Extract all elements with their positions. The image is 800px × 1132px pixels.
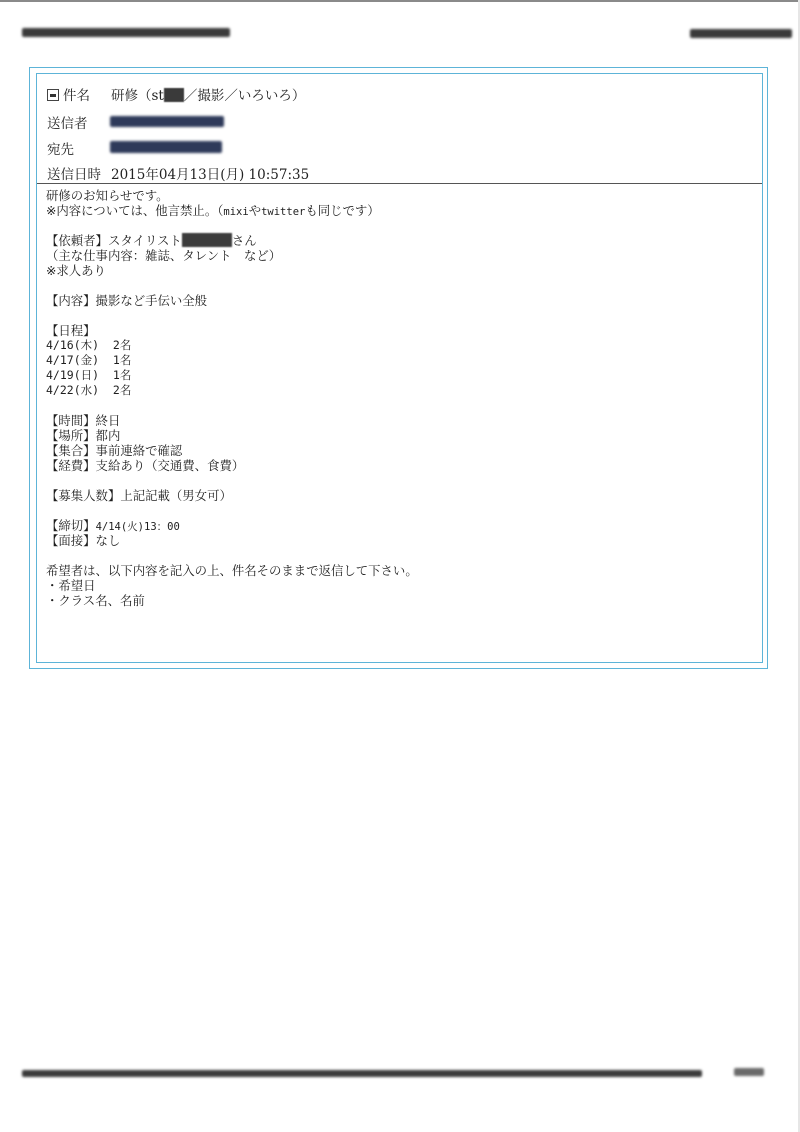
body-main-work: （主な仕事内容：雑誌、タレント など） bbox=[46, 248, 418, 263]
schedule-item: 4/16(木) 2名 bbox=[46, 338, 418, 353]
collapse-minus-icon[interactable] bbox=[47, 89, 59, 101]
sender-label: 送信者 bbox=[47, 112, 111, 132]
body-headcount: 【募集人数】上記記載（男女可） bbox=[46, 488, 418, 503]
body-schedule-title: 【日程】 bbox=[46, 323, 418, 338]
recipient-row: 宛先 bbox=[47, 138, 111, 158]
body-expenses: 【経費】支給あり（交通費、食費） bbox=[46, 458, 418, 473]
redacted-sender bbox=[110, 116, 224, 127]
body-list-item: ・希望日 bbox=[46, 578, 418, 593]
body-requester: 【依頼者】スタイリストさん bbox=[46, 233, 418, 248]
body-intro: 研修のお知らせです。 bbox=[46, 188, 418, 203]
datetime-value: 2015年04月13日(月) 10:57:35 bbox=[111, 167, 309, 183]
subject-value-suffix: ／撮影／いろいろ） bbox=[184, 88, 306, 104]
redacted-header-left bbox=[22, 28, 230, 37]
subject-label: 件名 bbox=[63, 84, 111, 104]
body-list-item: ・クラス名、名前 bbox=[46, 593, 418, 608]
schedule-item: 4/22(水) 2名 bbox=[46, 383, 418, 398]
redacted-recipient bbox=[110, 141, 222, 153]
redacted-subject-part bbox=[164, 88, 184, 102]
redacted-stylist-name bbox=[182, 233, 232, 247]
sender-row: 送信者 bbox=[47, 112, 111, 132]
body-meeting: 【集合】事前連絡で確認 bbox=[46, 443, 418, 458]
redacted-footer bbox=[22, 1070, 702, 1077]
subject-row: 件名研修（st／撮影／いろいろ） bbox=[47, 84, 305, 104]
recipient-label: 宛先 bbox=[47, 138, 111, 158]
body-content: 【内容】撮影など手伝い全般 bbox=[46, 293, 418, 308]
header-body-divider bbox=[37, 183, 762, 184]
datetime-row: 送信日時2015年04月13日(月) 10:57:35 bbox=[47, 163, 309, 183]
body-interview: 【面接】なし bbox=[46, 533, 418, 548]
subject-value-prefix: 研修（st bbox=[111, 88, 164, 104]
body-recruiting: ※求人あり bbox=[46, 263, 418, 278]
body-instructions: 希望者は、以下内容を記入の上、件名そのままで返信して下さい。 bbox=[46, 563, 418, 578]
body-deadline: 【締切】4/14(火)13：00 bbox=[46, 518, 418, 533]
email-body: 研修のお知らせです。 ※内容については、他言禁止。（mixiやtwitterも同… bbox=[46, 188, 418, 608]
datetime-label: 送信日時 bbox=[47, 163, 111, 183]
redacted-header-right bbox=[690, 29, 792, 38]
schedule-item: 4/19(日) 1名 bbox=[46, 368, 418, 383]
schedule-item: 4/17(金) 1名 bbox=[46, 353, 418, 368]
body-time: 【時間】終日 bbox=[46, 413, 418, 428]
redacted-footer-page bbox=[734, 1068, 764, 1076]
page-top-edge bbox=[0, 0, 800, 2]
body-notice: ※内容については、他言禁止。（mixiやtwitterも同じです） bbox=[46, 203, 418, 218]
body-place: 【場所】都内 bbox=[46, 428, 418, 443]
